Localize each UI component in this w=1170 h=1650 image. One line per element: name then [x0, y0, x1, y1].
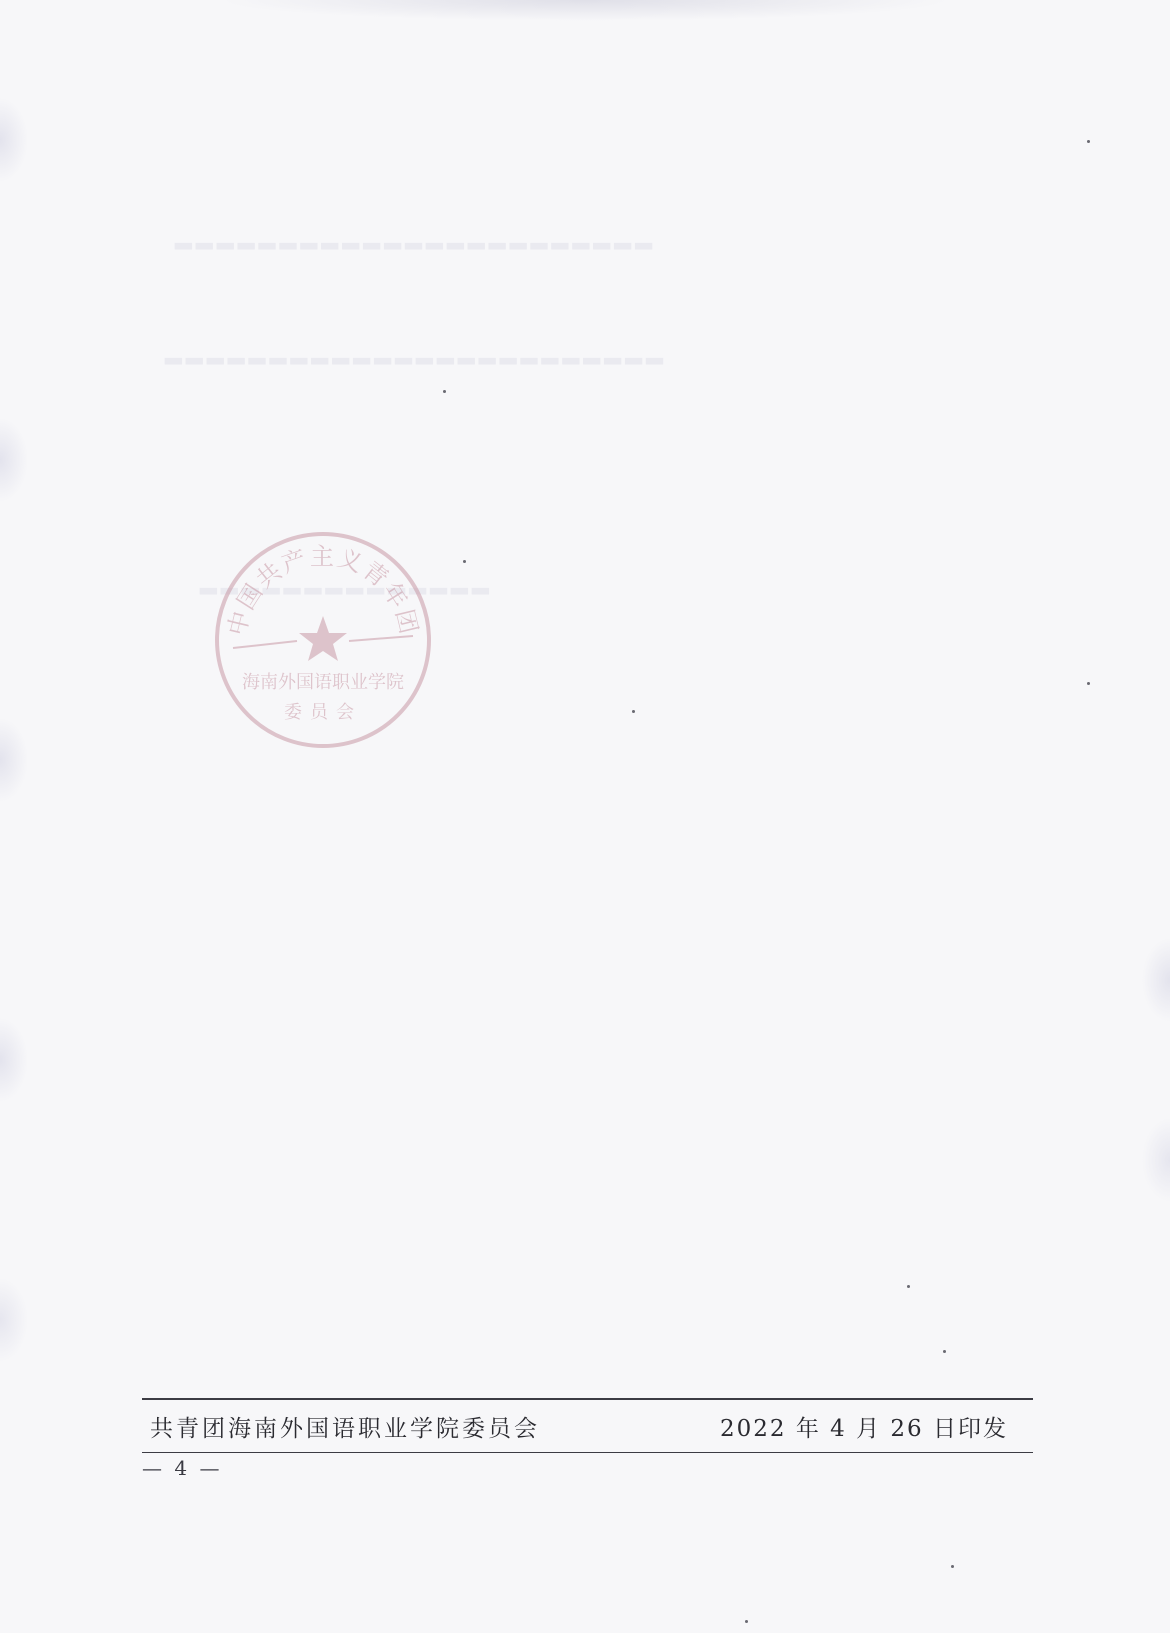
footer-top-rule	[142, 1398, 1033, 1400]
scan-speck	[951, 1565, 954, 1568]
scan-speck	[443, 390, 446, 393]
scan-speck	[1087, 140, 1090, 143]
issuer-name: 共青团海南外国语职业学院委员会	[150, 1410, 540, 1443]
official-seal: 中国共产主义青年团 海南外国语职业学院 委员会	[211, 528, 435, 752]
star-icon	[299, 616, 347, 661]
scan-speck	[463, 560, 466, 563]
scan-speck	[632, 710, 635, 713]
scan-speck	[1087, 682, 1090, 685]
show-through-text: ▂▂▂▂▂▂▂▂▂▂▂▂▂▂▂▂▂▂▂▂▂▂▂	[175, 225, 656, 250]
scan-speck	[907, 1285, 910, 1288]
footer-bottom-rule	[142, 1452, 1033, 1453]
scan-margin	[0, 1633, 1170, 1650]
show-through-text: ▂▂▂▂▂▂▂▂▂▂▂▂▂▂▂▂▂▂▂▂▂▂▂▂	[165, 340, 667, 365]
page-number: — 4 —	[142, 1456, 222, 1480]
seal-inner-text: 海南外国语职业学院	[242, 671, 404, 693]
seal-bottom-text: 委员会	[284, 702, 362, 723]
document-page: ▂▂▂▂▂▂▂▂▂▂▂▂▂▂▂▂▂▂▂▂▂▂▂ ▂▂▂▂▂▂▂▂▂▂▂▂▂▂▂▂…	[0, 0, 1170, 1633]
issue-date: 2022 年 4 月 26 日印发	[720, 1410, 1008, 1443]
scan-speck	[943, 1350, 946, 1353]
scan-speck	[745, 1620, 748, 1623]
